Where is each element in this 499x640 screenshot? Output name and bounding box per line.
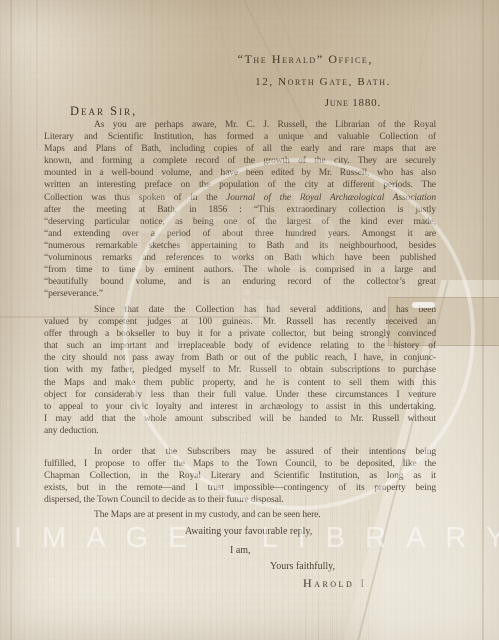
text-line: the Maps and make them public property, …	[44, 377, 436, 389]
text-line: “beautifully bound volume, and is an end…	[44, 276, 436, 288]
salutation: Dear Sir,	[70, 104, 137, 119]
text-line: The Maps are at present in my custody, a…	[44, 509, 436, 521]
signature: HaroldI	[303, 576, 367, 591]
text-line: mounted in a well-bound volume, and have…	[44, 167, 436, 179]
text-line: fulfilled, I propose to offer the Maps t…	[44, 458, 436, 470]
letter-scan: “The Herald” Office, 12, North Gate, Bat…	[0, 0, 499, 640]
text-line: I may add that the whole amount subscrib…	[44, 413, 436, 425]
closing-i-am: I am,	[230, 545, 251, 556]
text-line: Collection was thus spoken of in the Jou…	[44, 192, 436, 204]
text-line: “perseverance.”	[44, 288, 436, 300]
text-line: “deserving particular notice, as being o…	[44, 216, 436, 228]
text-line: that such an important and irreplaceable…	[44, 340, 436, 352]
text-line: As you are perhaps aware, Mr. C. J. Russ…	[44, 119, 436, 131]
text-line: “voluminous remarks and references to wo…	[44, 252, 436, 264]
text-line: Since that date the Collection has had s…	[44, 304, 436, 316]
letterhead-office: “The Herald” Office,	[238, 52, 373, 67]
text-line: offer through a bookseller to buy it for…	[44, 328, 436, 340]
text-line: Literary and Scientific Institution, has…	[44, 131, 436, 143]
paper-streak	[318, 505, 319, 640]
paragraph-2: Since that date the Collection has had s…	[44, 304, 436, 437]
text-line: valued by competent judges at 100 guinea…	[44, 316, 436, 328]
text-line: written an interesting preface on the po…	[44, 179, 436, 191]
paper-crease	[10, 0, 12, 640]
text-line: Chapman Collection, in the Royal Literar…	[44, 470, 436, 482]
letterhead-date: June 1880.	[325, 97, 381, 109]
text-line: to appeal to your civic loyalty and inte…	[44, 401, 436, 413]
text-line: dispersed, the Town Council to decide as…	[44, 494, 436, 506]
text-line: any deduction.	[44, 425, 436, 437]
paper-crease	[151, 0, 153, 115]
paragraph-3: In order that the Subscribers may be ass…	[44, 446, 436, 506]
paragraph-1: As you are perhaps aware, Mr. C. J. Russ…	[44, 119, 436, 300]
text-line: “numerous remarkable sketches appertaini…	[44, 240, 436, 252]
signature-initial: I	[354, 576, 367, 590]
text-line: after the meeting at Bath, in 1856 : “Th…	[44, 204, 436, 216]
closing-yours-faithfully: Yours faithfully,	[270, 561, 335, 572]
closing-awaiting: Awaiting your favourable reply,	[185, 526, 312, 537]
paper-edge	[482, 0, 484, 640]
paper-crease	[36, 0, 38, 150]
text-line: exists, but in the remote—and I trust im…	[44, 482, 436, 494]
text-line: known, and forming a complete record of …	[44, 155, 436, 167]
paper-scratch	[405, 8, 433, 135]
signature-name: Harold	[303, 576, 354, 590]
text-line: Maps and Plans of Bath, including copies…	[44, 143, 436, 155]
text-line: In order that the Subscribers may be ass…	[44, 446, 436, 458]
text-line: the city should not pass away from Bath …	[44, 352, 436, 364]
text-line: “and extending over a period of about th…	[44, 228, 436, 240]
journal-title-italic: Journal of the Royal Archæological Assoc…	[226, 193, 436, 203]
text-line: tion with my father, pledged myself to M…	[44, 364, 436, 376]
letterhead-address: 12, North Gate, Bath.	[255, 76, 391, 88]
text-line: object for considerably less than their …	[44, 389, 436, 401]
text-line: “from time to time by eminent authors. T…	[44, 264, 436, 276]
paragraph-4: The Maps are at present in my custody, a…	[44, 509, 436, 521]
text-segment: Collection was thus spoken of in the	[44, 193, 226, 203]
